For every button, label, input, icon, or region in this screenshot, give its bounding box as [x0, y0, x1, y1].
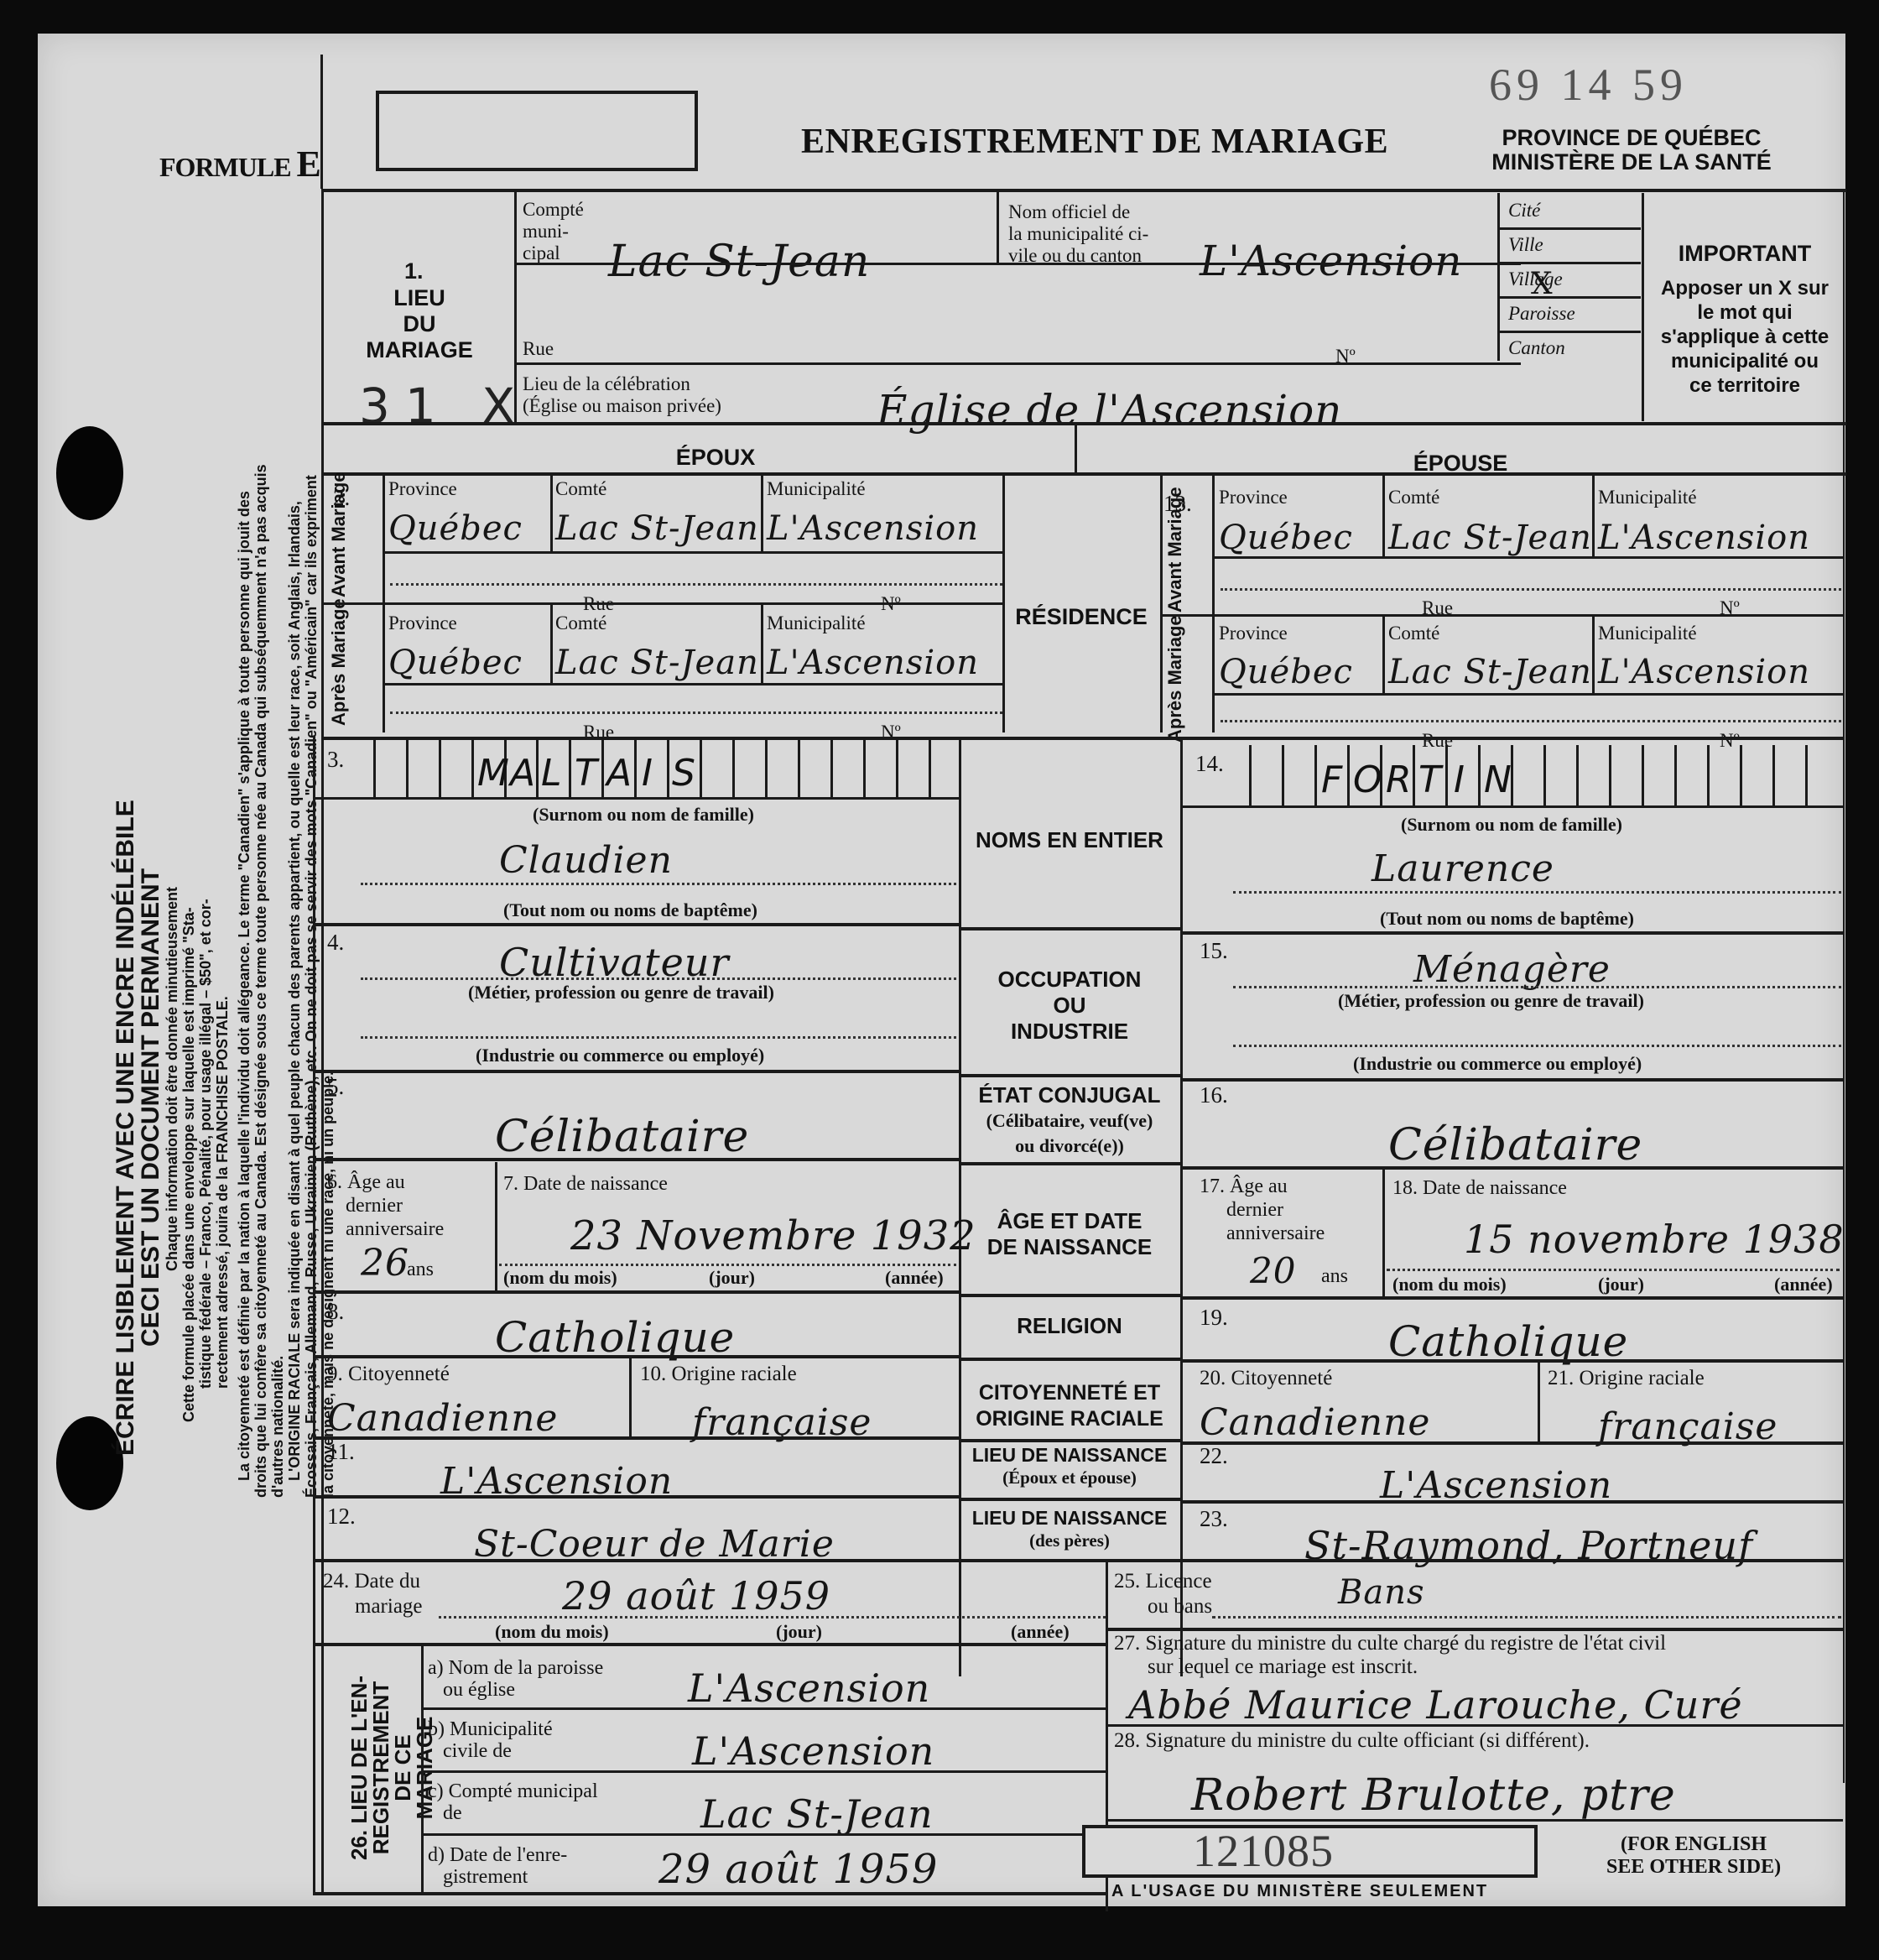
province-label: Province: [1219, 623, 1288, 644]
epoux-avant-comte: Lac St-Jean: [555, 509, 759, 548]
industrie-caption: (Industrie ou commerce ou employé): [476, 1045, 764, 1066]
epoux-apres-label: Après Mariage: [330, 633, 348, 726]
notice-para3-a: L'ORIGINE RACIALE sera indiquée en disan…: [286, 155, 303, 1498]
epouse-avant-label: Avant Mariage: [1166, 520, 1184, 612]
notice-para3-b: Écossais, Français, Allemand, Russe, Ukr…: [303, 155, 320, 1498]
stamp-number: 69 14 59: [1489, 59, 1688, 111]
epouse-origine-label: 21. Origine raciale: [1548, 1368, 1705, 1389]
epoux-apres-province: Québec: [388, 644, 523, 682]
epouse-apres-comte: Lac St-Jean: [1388, 653, 1592, 691]
field-number: 3.: [327, 747, 344, 773]
notice-heading-1: ÉCRIRE LISIBLEMENT AVEC UNE ENCRE INDÉLÉ…: [113, 155, 138, 1498]
annee-caption: (année): [1011, 1621, 1070, 1642]
ministry-caption: A L'USAGE DU MINISTÈRE SEULEMENT: [1111, 1882, 1488, 1901]
epoux-avant-province: Québec: [388, 509, 523, 548]
surname-caption: (Surnom ou nom de famille): [1401, 814, 1622, 835]
mois-caption: (nom du mois): [1392, 1274, 1507, 1295]
celebration-value: Église de l'Ascension: [877, 386, 1342, 435]
annee-caption: (année): [1774, 1274, 1833, 1295]
date-mariage-value: 29 août 1959: [562, 1573, 830, 1619]
municipalite-civile-value: L'Ascension: [692, 1728, 934, 1774]
municipality-type-list: Cité Ville Village Paroisse Canton: [1500, 195, 1641, 365]
ans-label: ans: [1321, 1265, 1348, 1287]
field-number: 14.: [1195, 751, 1224, 777]
province-label: Province: [388, 612, 457, 634]
lieu-naissance-peres-label: LIEU DE NAISSANCE (des pères): [959, 1506, 1180, 1551]
jour-caption: (jour): [776, 1621, 822, 1642]
notice-para2-b: droits que lui confère sa citoyenneté au…: [252, 155, 269, 1498]
epouse-given-name: Laurence: [1372, 847, 1554, 890]
epouse-surname-boxes: F O R T I N: [1249, 745, 1843, 805]
mois-caption: (nom du mois): [503, 1267, 617, 1288]
field-number: 19.: [1200, 1305, 1228, 1331]
type-ville[interactable]: Ville: [1500, 230, 1641, 264]
metier-caption: (Métier, profession ou genre de travail): [1338, 990, 1644, 1011]
epoux-date-label: 7. Date de naissance: [503, 1173, 668, 1195]
epouse-age: 20: [1250, 1250, 1296, 1291]
epoux-citoyennete: Canadienne: [327, 1397, 558, 1440]
municipalite-label: Municipalité: [767, 612, 866, 634]
field-number: 15.: [1200, 938, 1228, 964]
side-notice: ÉCRIRE LISIBLEMENT AVEC UNE ENCRE INDÉLÉ…: [113, 155, 336, 1498]
date-mariage-label: 24. Date du mariage: [323, 1569, 423, 1619]
annee-caption: (année): [885, 1267, 944, 1288]
age-naissance-label: ÂGE ET DATE DE NAISSANCE: [959, 1208, 1180, 1260]
epouse-occupation: Ménagère: [1413, 948, 1611, 991]
paroisse-label: a) Nom de la paroisse ou église: [428, 1657, 603, 1701]
paroisse-value: L'Ascension: [688, 1665, 930, 1711]
lieu-naissance-label: LIEU DE NAISSANCE (Époux et épouse): [959, 1443, 1180, 1488]
epoux-column-header: ÉPOUX: [321, 445, 1110, 471]
municipalite-label: Municipalité: [1598, 623, 1697, 644]
epouse-marital-status: Célibataire: [1388, 1120, 1642, 1170]
form-label: FORMULE E: [159, 143, 320, 185]
epouse-avant-province: Québec: [1219, 519, 1353, 557]
given-caption: (Tout nom ou noms de baptême): [503, 899, 757, 920]
epouse-apres-province: Québec: [1219, 653, 1353, 691]
type-paroisse[interactable]: Paroisse: [1500, 299, 1641, 333]
epoux-apres-comte: Lac St-Jean: [555, 644, 759, 682]
notice-heading-2: CECI EST UN DOCUMENT PERMANENT: [138, 155, 164, 1498]
location-code: 31 X: [359, 378, 530, 435]
epoux-origine-label: 10. Origine raciale: [640, 1363, 797, 1385]
religion-label: RELIGION: [959, 1313, 1180, 1339]
compte-municipal-label: c) Compté municipal de: [428, 1780, 598, 1824]
notice-para1-a: Chaque information doit être donnée minu…: [164, 155, 180, 1498]
comte-label: Comté: [1388, 623, 1439, 644]
field-number: 22.: [1200, 1443, 1228, 1469]
epoux-age-label: 6. Âge au dernier anniversaire: [327, 1170, 444, 1241]
nom-officiel-value: L'Ascension: [1200, 237, 1462, 285]
epouse-citoyennete: Canadienne: [1200, 1401, 1430, 1444]
field-number: 8.: [327, 1299, 344, 1325]
type-canton[interactable]: Canton: [1500, 333, 1641, 365]
field-number: 11.: [327, 1439, 355, 1465]
compte-label: Compté muni- cipal: [523, 199, 584, 264]
epoux-birth-date: 23 Novembre 1932: [570, 1212, 976, 1259]
ministry-use-box: 121085: [1082, 1825, 1538, 1878]
english-notice: (FOR ENGLISH SEE OTHER SIDE): [1606, 1833, 1781, 1879]
field-number: 4.: [327, 930, 344, 956]
surname-caption: (Surnom ou nom de famille): [533, 804, 754, 825]
epouse-avant-municipalite: L'Ascension: [1598, 519, 1810, 557]
comte-label: Comté: [555, 612, 606, 634]
comte-label: Comté: [1388, 487, 1439, 508]
section-number: 1.: [404, 258, 424, 284]
signature-27-label: 27. Signature du ministre du culte charg…: [1114, 1632, 1835, 1679]
type-village[interactable]: Village: [1500, 264, 1641, 299]
nom-officiel-label: Nom officiel de la municipalité ci- vile…: [1008, 201, 1148, 267]
type-cite[interactable]: Cité: [1500, 195, 1641, 230]
citoyennete-label: CITOYENNETÉ ET ORIGINE RACIALE: [959, 1380, 1180, 1432]
celebration-label: Lieu de la célébration (Église ou maison…: [523, 373, 721, 417]
licence-value: Bans: [1338, 1573, 1425, 1612]
notice-para2-c: d'autres nationalité.: [269, 155, 286, 1498]
jour-caption: (jour): [709, 1267, 755, 1288]
blank-header-box: [376, 91, 698, 171]
compte-municipal-value: Lac St-Jean: [700, 1791, 934, 1837]
given-caption: (Tout nom ou noms de baptême): [1380, 908, 1634, 929]
form-letter: E: [297, 143, 320, 185]
compte-value: Lac St-Jean: [608, 237, 870, 287]
date-enregistrement-label: d) Date de l'enre- gistrement: [428, 1844, 567, 1888]
village-x-mark: X: [1531, 267, 1554, 301]
rue-label: Rue: [523, 338, 554, 360]
epoux-avant-municipalite: L'Ascension: [767, 509, 979, 548]
noms-label: NOMS EN ENTIER: [959, 827, 1180, 853]
industrie-caption: (Industrie ou commerce ou employé): [1353, 1053, 1642, 1074]
province-label: Province: [388, 478, 457, 500]
comte-label: Comté: [555, 478, 606, 500]
date-enregistrement-value: 29 août 1959: [658, 1846, 938, 1893]
field-number: 16.: [1200, 1082, 1228, 1108]
notice-para1-d: rectement adressé, jouira de la FRANCHIS…: [214, 155, 231, 1498]
metier-caption: (Métier, profession ou genre de travail): [468, 982, 774, 1003]
occupation-label: OCCUPATION OU INDUSTRIE: [959, 967, 1180, 1045]
signature-27-value: Abbé Maurice Larouche, Curé: [1128, 1682, 1743, 1728]
notice-para1-b: Cette formule placée dans une enveloppe …: [180, 155, 197, 1498]
epoux-citoyennete-label: 9. Citoyenneté: [327, 1363, 450, 1385]
epouse-avant-comte: Lac St-Jean: [1388, 519, 1592, 557]
epoux-surname-boxes: M A L T A I S: [373, 738, 959, 799]
field-number: 5.: [327, 1074, 344, 1100]
province-label: Province: [1219, 487, 1288, 508]
epoux-marital-status: Célibataire: [495, 1112, 749, 1162]
important-note: IMPORTANT Apposer un X sur le mot qui s'…: [1648, 242, 1841, 398]
signature-28-label: 28. Signature du ministre du culte offic…: [1114, 1730, 1835, 1752]
marriage-registration-form: ÉCRIRE LISIBLEMENT AVEC UNE ENCRE INDÉLÉ…: [38, 34, 1845, 1906]
header-left-rule: [320, 55, 323, 189]
municipalite-civile-label: b) Municipalité civile de: [428, 1718, 553, 1762]
epouse-apres-label: Après Mariage: [1166, 650, 1184, 743]
signature-28-value: Robert Brulotte, ptre: [1191, 1770, 1676, 1821]
notice-para1-c: tistique fédérale – Franco, Pénalité, po…: [197, 155, 214, 1498]
epoux-avant-label: Avant Mariage: [330, 505, 348, 597]
epouse-citoyennete-label: 20. Citoyenneté: [1200, 1368, 1332, 1389]
licence-label: 25. Licence ou bans: [1114, 1569, 1212, 1619]
epouse-birth-date: 15 novembre 1938: [1464, 1217, 1845, 1262]
epoux-given-name: Claudien: [499, 839, 673, 882]
residence-label: RÉSIDENCE: [1002, 604, 1160, 630]
municipalite-label: Municipalité: [1598, 487, 1697, 508]
ministry-number: 121085: [1193, 1825, 1334, 1877]
epouse-apres-municipalite: L'Ascension: [1598, 653, 1810, 691]
mois-caption: (nom du mois): [495, 1621, 609, 1642]
epoux-apres-municipalite: L'Ascension: [767, 644, 979, 682]
municipalite-label: Municipalité: [767, 478, 866, 500]
epouse-date-label: 18. Date de naissance: [1392, 1177, 1567, 1199]
ans-label: ans: [407, 1259, 434, 1280]
jour-caption: (jour): [1598, 1274, 1644, 1295]
page-title: ENREGISTREMENT DE MARIAGE: [801, 122, 1388, 162]
epoux-age: 26: [361, 1242, 409, 1285]
field-number: 12.: [327, 1504, 356, 1530]
lieu-mariage-label: LIEU DU MARIAGE: [331, 285, 507, 363]
epouse-age-label: 17. Âge au dernier anniversaire: [1200, 1175, 1325, 1245]
notice-para2-a: La citoyenneté est définie par la nation…: [236, 155, 252, 1498]
etat-conjugal-label: ÉTAT CONJUGAL (Célibataire, veuf(ve) ou …: [959, 1082, 1180, 1159]
field-number: 23.: [1200, 1506, 1228, 1532]
province-heading: PROVINCE DE QUÉBEC MINISTÈRE DE LA SANTÉ: [1481, 126, 1783, 175]
